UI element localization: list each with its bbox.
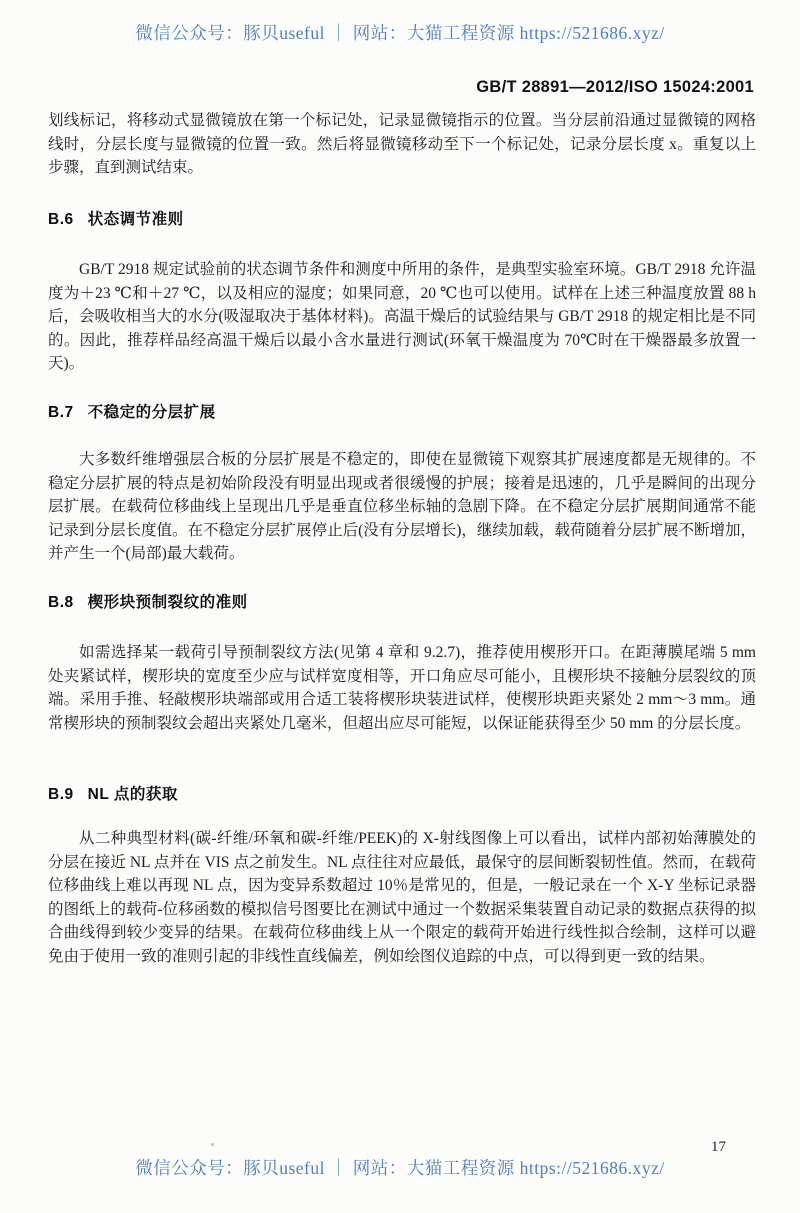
scan-speck [211, 1143, 214, 1146]
section-paragraph-b8: 如需选择某一载荷引导预制裂纹方法(见第 4 章和 9.2.7)，推荐使用楔形开口… [48, 641, 756, 735]
section-title: 状态调节准则 [88, 211, 184, 228]
section-paragraph-b7: 大多数纤维增强层合板的分层扩展是不稳定的，即使在显微镜下观察其扩展速度都是无规律… [48, 448, 756, 566]
section-number: B.8 [48, 594, 74, 611]
section-paragraph-b9: 从二种典型材料(碳-纤维/环氧和碳-纤维/PEEK)的 X-射线图像上可以看出，… [48, 827, 756, 968]
standard-code-header: GB/T 28891—2012/ISO 15024:2001 [476, 78, 754, 97]
page-number: 17 [711, 1139, 726, 1156]
section-heading-b6: B.6状态调节准则 [48, 208, 184, 232]
section-title: 楔形块预制裂纹的准则 [88, 594, 248, 611]
section-heading-b7: B.7不稳定的分层扩展 [48, 401, 216, 425]
section-heading-b9: B.9NL 点的获取 [48, 783, 178, 807]
section-heading-b8: B.8楔形块预制裂纹的准则 [48, 591, 248, 615]
intro-paragraph: 划线标记，将移动式显微镜放在第一个标记处，记录显微镜指示的位置。当分层前沿通过显… [48, 109, 756, 180]
section-title: 不稳定的分层扩展 [88, 404, 216, 421]
section-number: B.7 [48, 404, 74, 421]
document-page: 微信公众号：豚贝useful ｜ 网站：大猫工程资源 https://52168… [0, 0, 800, 1213]
section-paragraph-b6: GB/T 2918 规定试验前的状态调节条件和测度中所用的条件，是典型实验室环境… [48, 258, 756, 376]
section-number: B.9 [48, 786, 74, 803]
section-number: B.6 [48, 211, 74, 228]
watermark-bottom: 微信公众号：豚贝useful ｜ 网站：大猫工程资源 https://52168… [0, 1155, 800, 1180]
section-title: NL 点的获取 [88, 786, 178, 803]
watermark-top: 微信公众号：豚贝useful ｜ 网站：大猫工程资源 https://52168… [0, 20, 800, 45]
